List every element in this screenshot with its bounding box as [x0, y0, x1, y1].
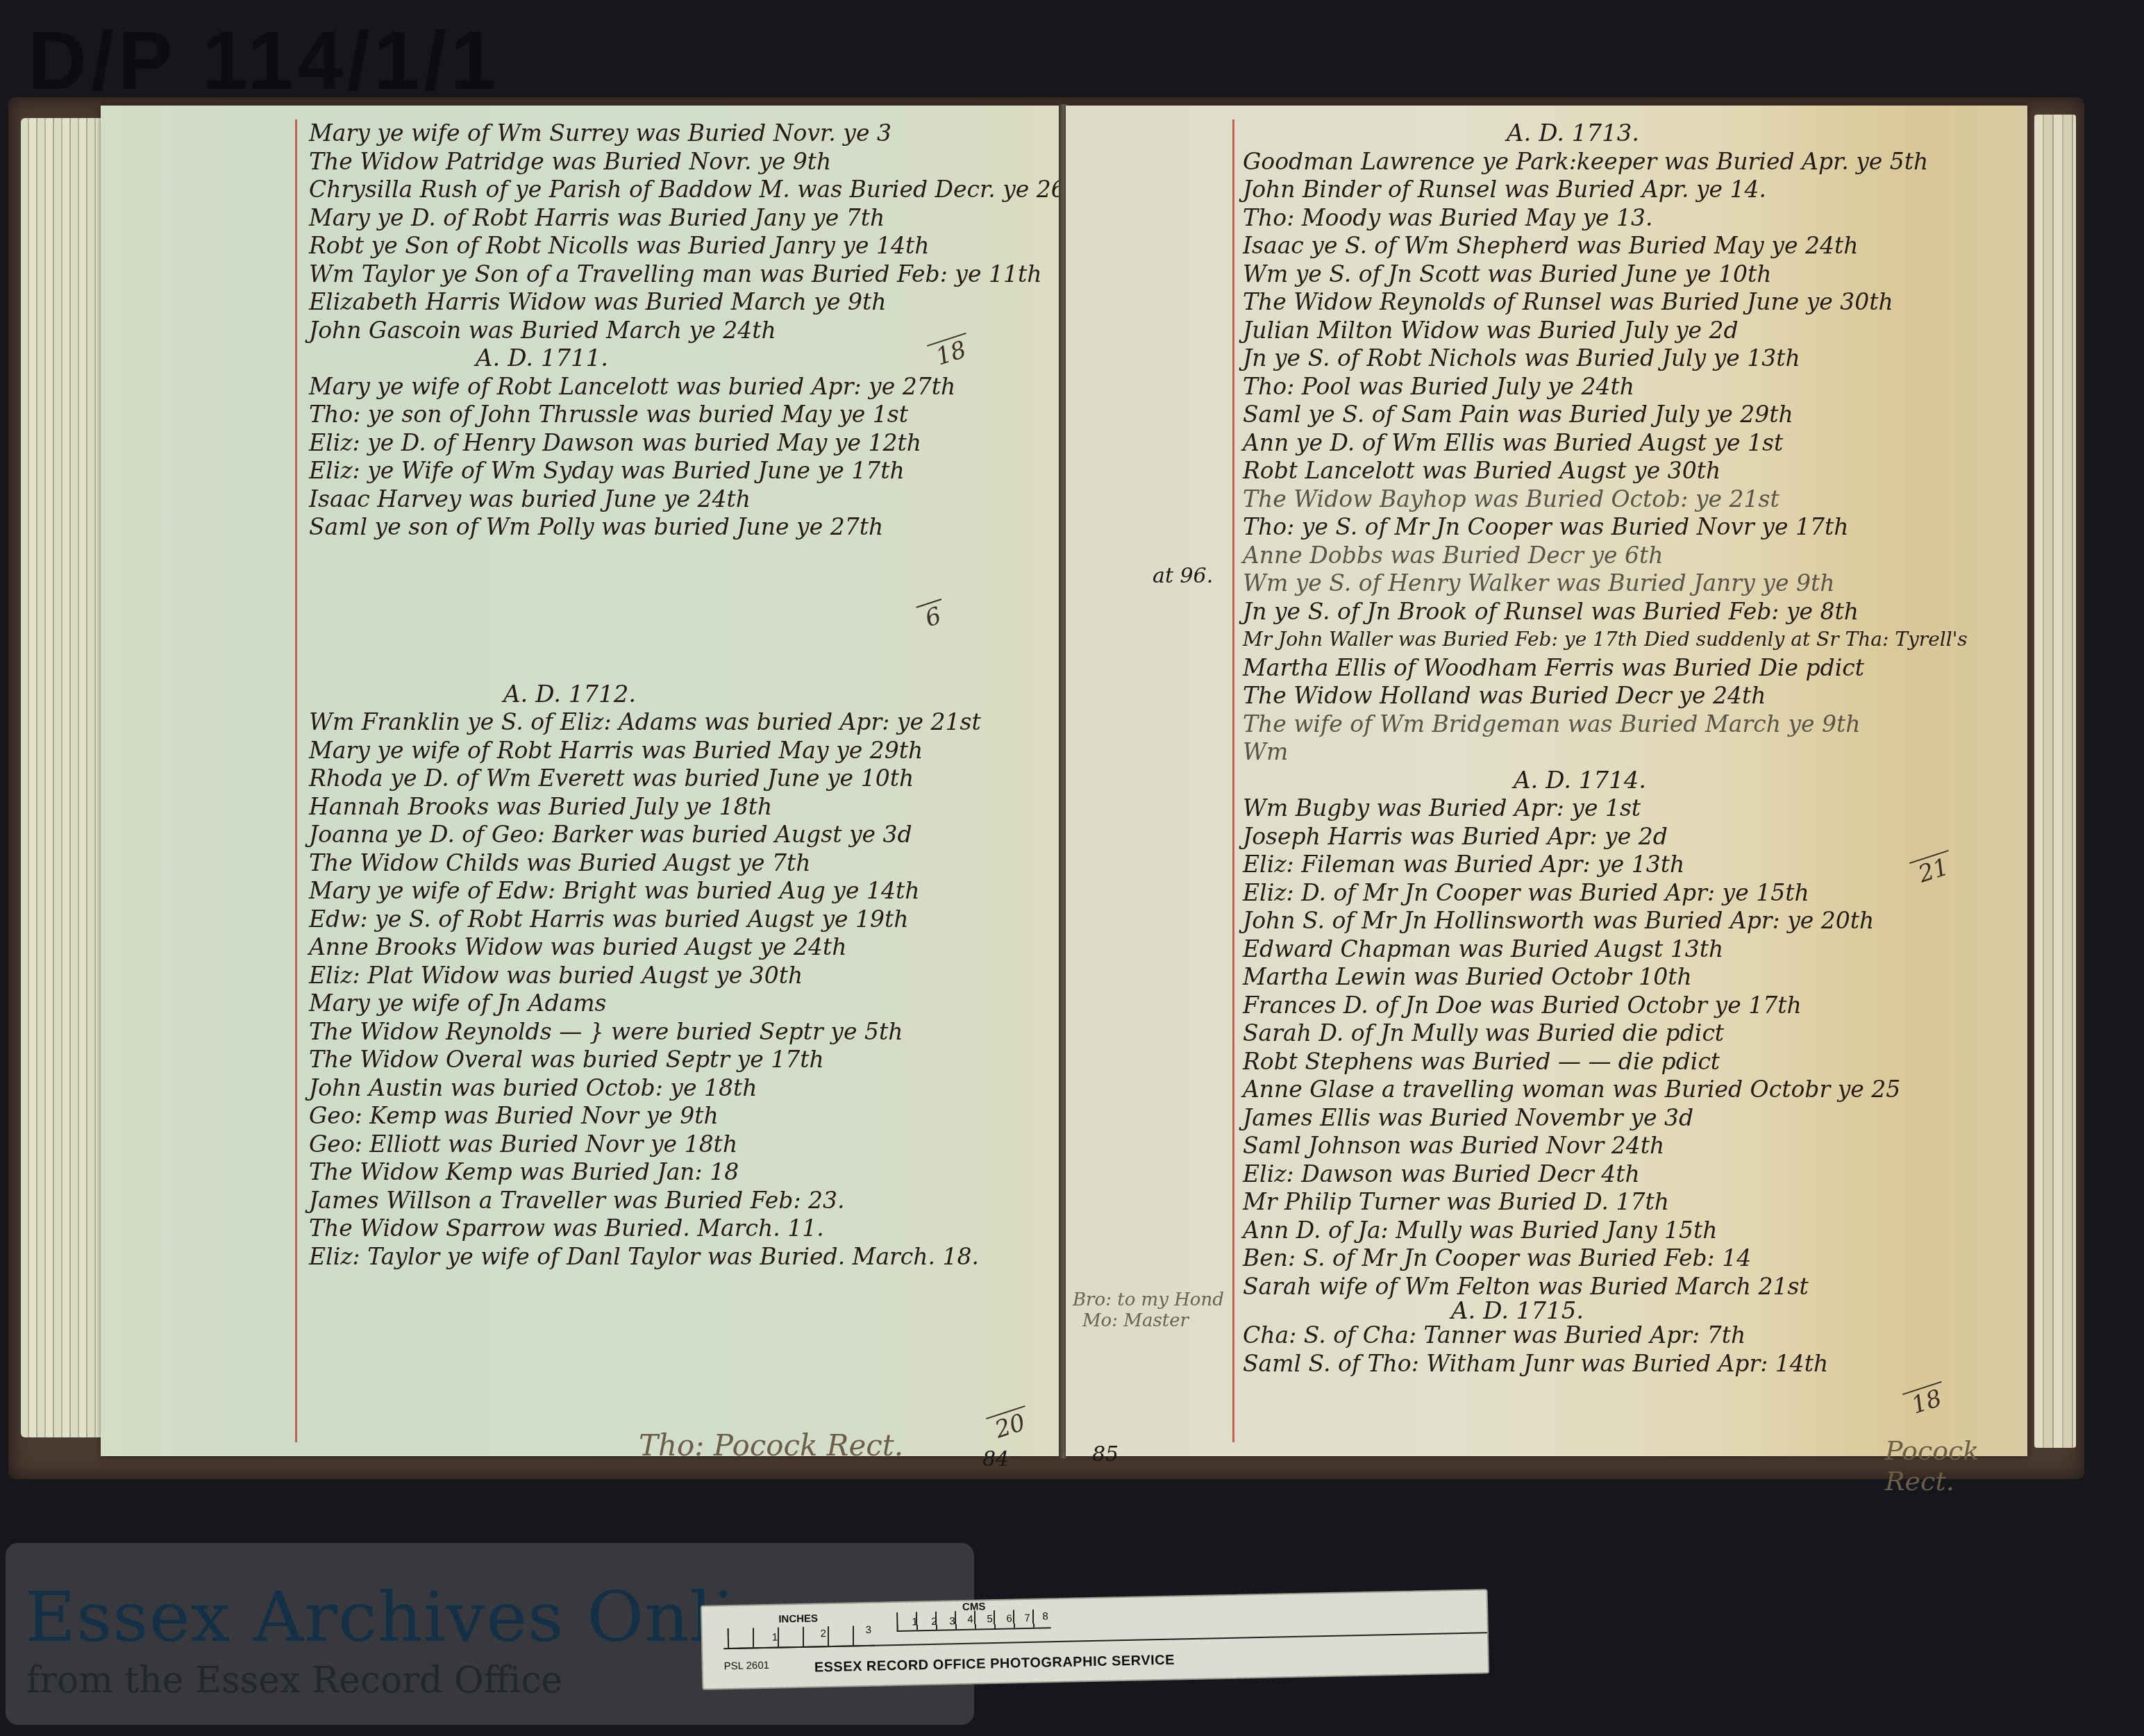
- right-page: A. D. 1713. Goodman Lawrence ye Park:kee…: [1066, 106, 2027, 1456]
- tally-count: 18: [1902, 1381, 1950, 1421]
- year-heading: A. D. 1715.: [1243, 1301, 1968, 1321]
- entry-line: Goodman Lawrence ye Park:keeper was Buri…: [1243, 148, 1968, 176]
- cm-mark: 1: [912, 1616, 918, 1628]
- entry-line: Mary ye wife of Robt Harris was Buried M…: [309, 737, 1066, 765]
- inch-mark: 2: [821, 1628, 827, 1639]
- inch-mark: 3: [865, 1624, 871, 1636]
- cm-mark: 7: [1024, 1612, 1030, 1624]
- entry-line: The Widow Holland was Buried Decr ye 24t…: [1243, 682, 1968, 710]
- entry-line: Wm ye S. of Jn Scott was Buried June ye …: [1243, 260, 1968, 289]
- entry-line: The Widow Sparrow was Buried. March. 11.: [309, 1215, 1066, 1243]
- cms-label: CMS: [962, 1601, 986, 1613]
- entry-line: Saml Johnson was Buried Novr 24th: [1243, 1132, 1968, 1160]
- entry-line: Wm Franklin ye S. of Eliz: Adams was bur…: [309, 708, 1066, 737]
- entry-line: Geo: Kemp was Buried Novr ye 9th: [309, 1102, 1066, 1130]
- entry-line: Mary ye D. of Robt Harris was Buried Jan…: [309, 204, 1066, 233]
- entry-line: John S. of Mr Jn Hollinsworth was Buried…: [1243, 907, 1968, 935]
- entry-line: Wm: [1243, 738, 1968, 767]
- left-page: Mary ye wife of Wm Surrey was Buried Nov…: [101, 106, 1062, 1456]
- folio-number: 85: [1092, 1442, 1119, 1467]
- entry-line: Saml ye son of Wm Polly was buried June …: [309, 513, 1066, 542]
- entry-line: Saml ye S. of Sam Pain was Buried July y…: [1243, 401, 1968, 429]
- ruler-code: PSL 2601: [724, 1660, 770, 1672]
- entry-line: Ann D. of Ja: Mully was Buried Jany 15th: [1243, 1217, 1968, 1245]
- entry-line: Wm Bugby was Buried Apr: ye 1st: [1243, 794, 1968, 823]
- entry-line: The Widow Reynolds — } were buried Septr…: [309, 1018, 1066, 1046]
- entry-line: Isaac ye S. of Wm Shepherd was Buried Ma…: [1243, 232, 1968, 260]
- margin-note-line: Mo: Master: [1073, 1310, 1224, 1331]
- entry-line: Eliz: Plat Widow was buried Augst ye 30t…: [309, 962, 1066, 990]
- entry-line: Rhoda ye D. of Wm Everett was buried Jun…: [309, 765, 1066, 793]
- entry-line: The Widow Reynolds of Runsel was Buried …: [1243, 288, 1968, 317]
- folio-number: 84: [982, 1447, 1009, 1471]
- entry-line: John Binder of Runsel was Buried Apr. ye…: [1243, 176, 1968, 204]
- entry-line: Sarah D. of Jn Mully was Buried die pdic…: [1243, 1019, 1968, 1048]
- cm-mark: 3: [949, 1615, 955, 1627]
- rector-signature: Pocock Rect.: [1885, 1435, 2027, 1496]
- entry-line: The Widow Patridge was Buried Novr. ye 9…: [309, 148, 1066, 176]
- entry-line: The Widow Kemp was Buried Jan: 18: [309, 1158, 1066, 1187]
- entry-line: James Ellis was Buried Novembr ye 3d: [1243, 1104, 1968, 1133]
- entry-line: Eliz: ye D. of Henry Dawson was buried M…: [309, 429, 1066, 458]
- tally-count: 20: [986, 1405, 1034, 1446]
- entry-line: John Austin was buried Octob: ye 18th: [309, 1074, 1066, 1103]
- entry-line: The wife of Wm Bridgeman was Buried Marc…: [1243, 710, 1968, 739]
- banner-subtitle: from the Essex Record Office: [26, 1660, 562, 1701]
- entry-line: Anne Glase a travelling woman was Buried…: [1243, 1076, 1968, 1104]
- entry-line: The Widow Childs was Buried Augst ye 7th: [309, 849, 1066, 878]
- entry-line: Robt Lancelott was Buried Augst ye 30th: [1243, 457, 1968, 485]
- margin-note-age: at 96.: [1153, 564, 1213, 588]
- entry-line: Mary ye wife of Edw: Bright was buried A…: [309, 877, 1066, 905]
- entry-line: Tho: Pool was Buried July ye 24th: [1243, 373, 1968, 401]
- entry-line: Martha Ellis of Woodham Ferris was Burie…: [1243, 654, 1968, 683]
- entry-line: Jn ye S. of Robt Nichols was Buried July…: [1243, 344, 1968, 373]
- entry-line: Geo: Elliott was Buried Novr ye 18th: [309, 1130, 1066, 1159]
- entry-line: Chrysilla Rush of ye Parish of Baddow M.…: [309, 176, 1066, 204]
- entry-line: Sarah wife of Wm Felton was Buried March…: [1243, 1273, 1968, 1301]
- entry-line: Joanna ye D. of Geo: Barker was buried A…: [309, 821, 1066, 849]
- entry-line: Mr John Waller was Buried Feb: ye 17th D…: [1243, 626, 1968, 654]
- entry-line: Isaac Harvey was buried June ye 24th: [309, 485, 1066, 514]
- entry-line: Jn ye S. of Jn Brook of Runsel was Burie…: [1243, 598, 1968, 626]
- entry-line: Ann ye D. of Wm Ellis was Buried Augst y…: [1243, 429, 1968, 458]
- entry-line: Robt ye Son of Robt Nicolls was Buried J…: [309, 232, 1066, 260]
- inches-label: INCHES: [778, 1612, 818, 1625]
- inch-scale: [728, 1626, 876, 1649]
- cm-mark: 2: [931, 1616, 937, 1628]
- entry-line: Wm Taylor ye Son of a Travelling man was…: [309, 260, 1066, 289]
- year-heading: A. D. 1713.: [1243, 119, 1968, 148]
- page-edges-left: [21, 118, 111, 1437]
- entry-line: Martha Lewin was Buried Octobr 10th: [1243, 963, 1968, 992]
- entry-line: Edw: ye S. of Robt Harris was buried Aug…: [309, 905, 1066, 934]
- entry-line: Mary ye wife of Jn Adams: [309, 990, 1066, 1018]
- entry-line: Mary ye wife of Wm Surrey was Buried Nov…: [309, 119, 1066, 148]
- entry-line: Frances D. of Jn Doe was Buried Octobr y…: [1243, 992, 1968, 1020]
- entry-line: Tho: Moody was Buried May ye 13.: [1243, 204, 1968, 233]
- margin-note-line: Bro: to my Hond: [1073, 1290, 1224, 1310]
- entry-line: Mr Philip Turner was Buried D. 17th: [1243, 1188, 1968, 1217]
- cm-mark: 6: [1006, 1612, 1012, 1624]
- cm-mark: 4: [967, 1614, 973, 1626]
- entry-line: Joseph Harris was Buried Apr: ye 2d: [1243, 823, 1968, 851]
- year-heading: A. D. 1714.: [1243, 767, 1968, 795]
- scale-ruler: INCHES 1 2 3 CMS 1 2 3 4 5 6 7 8 PSL 260…: [701, 1589, 1489, 1690]
- entry-line: Saml S. of Tho: Witham Junr was Buried A…: [1243, 1350, 1968, 1378]
- entry-line: James Willson a Traveller was Buried Feb…: [309, 1187, 1066, 1215]
- entry-line: Mary ye wife of Robt Lancelott was burie…: [309, 373, 1066, 401]
- entry-line: Wm ye S. of Henry Walker was Buried Janr…: [1243, 569, 1968, 598]
- entry-line: Edward Chapman was Buried Augst 13th: [1243, 935, 1968, 964]
- margin-rule: [295, 119, 297, 1442]
- right-page-entries: A. D. 1713. Goodman Lawrence ye Park:kee…: [1243, 119, 1968, 1378]
- entry-line: Cha: S. of Cha: Tanner was Buried Apr: 7…: [1243, 1321, 1968, 1350]
- ruler-title: ESSEX RECORD OFFICE PHOTOGRAPHIC SERVICE: [814, 1653, 1175, 1676]
- inch-mark: 1: [772, 1632, 778, 1644]
- cm-mark: 8: [1042, 1610, 1048, 1622]
- entry-line: Hannah Brooks was Buried July ye 18th: [309, 793, 1066, 821]
- rector-signature: Tho: Pocock Rect.: [639, 1428, 903, 1462]
- entry-line: Robt Stephens was Buried — — die pdict: [1243, 1048, 1968, 1076]
- margin-note-brother: Bro: to my Hond Mo: Master: [1073, 1290, 1224, 1331]
- reference-code: D/P 114/1/1: [28, 14, 501, 108]
- entry-line: Eliz: D. of Mr Jn Cooper was Buried Apr:…: [1243, 879, 1968, 908]
- entry-line: Eliz: ye Wife of Wm Syday was Buried Jun…: [309, 457, 1066, 485]
- entry-line: Julian Milton Widow was Buried July ye 2…: [1243, 317, 1968, 345]
- entry-line: Tho: ye S. of Mr Jn Cooper was Buried No…: [1243, 513, 1968, 542]
- margin-rule: [1232, 119, 1234, 1442]
- entry-line: Eliz: Taylor ye wife of Danl Taylor was …: [309, 1243, 1066, 1271]
- entry-line: Eliz: Fileman was Buried Apr: ye 13th: [1243, 851, 1968, 879]
- entry-line: Anne Dobbs was Buried Decr ye 6th: [1243, 542, 1968, 570]
- entry-line: Anne Brooks Widow was buried Augst ye 24…: [309, 933, 1066, 962]
- entry-line: The Widow Bayhop was Buried Octob: ye 21…: [1243, 485, 1968, 514]
- entry-line: Ben: S. of Mr Jn Cooper was Buried Feb: …: [1243, 1244, 1968, 1273]
- entry-line: The Widow Overal was buried Septr ye 17t…: [309, 1046, 1066, 1074]
- year-heading: A. D. 1712.: [309, 681, 1066, 709]
- left-page-entries: Mary ye wife of Wm Surrey was Buried Nov…: [309, 119, 1066, 1271]
- entry-line: Tho: ye son of John Thrussle was buried …: [309, 401, 1066, 429]
- entry-line: Eliz: Dawson was Buried Decr 4th: [1243, 1160, 1968, 1189]
- cm-mark: 5: [987, 1613, 993, 1625]
- entry-line: Elizabeth Harris Widow was Buried March …: [309, 288, 1066, 317]
- page-edges-right: [2034, 115, 2076, 1448]
